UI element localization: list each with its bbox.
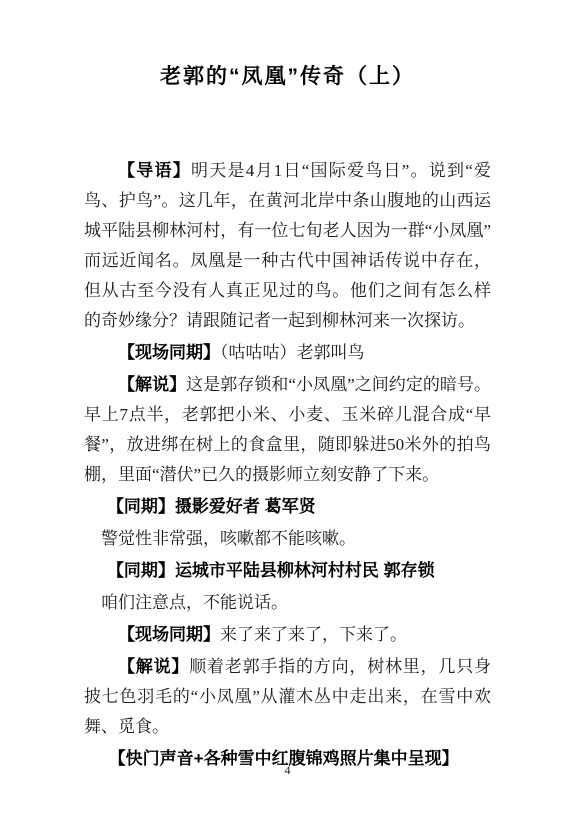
paragraph: 【现场同期】（咕咕咕）老郭叫鸟	[84, 338, 491, 368]
paragraph-text: 运城市平陆县柳林河村村民 郭存锁	[175, 561, 435, 580]
paragraph-text: 明天是4月1日“国际爱鸟日”。说到“爱鸟、护鸟”。这几年，在黄河北岸中条山腹地的…	[84, 161, 491, 330]
paragraph-speaker: 【同期】摄影爱好者 葛军贤	[84, 492, 491, 522]
paragraph-dialogue: 咱们注意点，不能说话。	[84, 588, 491, 618]
page-number: 4	[0, 763, 575, 778]
paragraph-dialogue: 警觉性非常强，咳嗽都不能咳嗽。	[84, 524, 491, 554]
paragraph-text: 警觉性非常强，咳嗽都不能咳嗽。	[101, 529, 356, 548]
paragraph-text: 来了来了来了，下来了。	[220, 625, 407, 644]
paragraph-label: 【导语】	[118, 161, 191, 180]
paragraph: 【导语】明天是4月1日“国际爱鸟日”。说到“爱鸟、护鸟”。这几年，在黄河北岸中条…	[84, 156, 491, 336]
paragraph: 【解说】顺着老郭手指的方向，树林里，几只身披七色羽毛的“小凤凰”从灌木丛中走出来…	[84, 652, 491, 742]
paragraph-label: 【同期】	[107, 561, 175, 580]
document-title: 老郭的“凤凰”传奇（上）	[0, 0, 575, 94]
paragraph-label: 【解说】	[118, 657, 189, 676]
paragraph-label: 【解说】	[118, 375, 186, 394]
paragraph: 【现场同期】来了来了来了，下来了。	[84, 620, 491, 650]
paragraph: 【解说】这是郭存锁和“小凤凰”之间约定的暗号。早上7点半，老郭把小米、小麦、玉米…	[84, 370, 491, 490]
paragraph-label: 【现场同期】	[118, 343, 220, 362]
paragraph-text: 摄影爱好者 葛军贤	[175, 497, 316, 516]
paragraph-label: 【同期】	[107, 497, 175, 516]
paragraph-text: （咕咕咕）老郭叫鸟	[220, 343, 365, 362]
document-body: 【导语】明天是4月1日“国际爱鸟日”。说到“爱鸟、护鸟”。这几年，在黄河北岸中条…	[84, 156, 491, 774]
paragraph-text: 咱们注意点，不能说话。	[101, 593, 288, 612]
paragraph-label: 【现场同期】	[118, 625, 220, 644]
paragraph-speaker: 【同期】运城市平陆县柳林河村村民 郭存锁	[84, 556, 491, 586]
document-page: 老郭的“凤凰”传奇（上） 【导语】明天是4月1日“国际爱鸟日”。说到“爱鸟、护鸟…	[0, 0, 575, 816]
